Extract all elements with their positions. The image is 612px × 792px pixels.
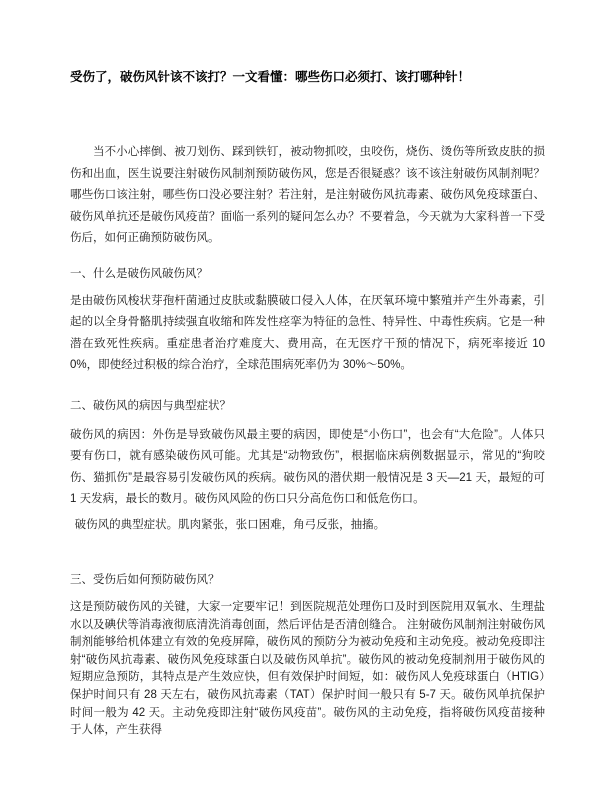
section-3-paragraph: 这是预防破伤风的关键，大家一定要牢记！到医院规范处理伤口及时到医院用双氧水、生理…	[70, 599, 545, 740]
section-2-paragraph-symptoms: 破伤风的典型症状。肌肉紧张，张口困难，角弓反张，抽搐。	[70, 515, 545, 537]
document-page: 受伤了，破伤风针该不该打？一文看懂：哪些伤口必须打、该打哪种针！ 当不小心摔倒、…	[0, 0, 612, 792]
section-2-heading: 二、破伤风的病因与典型症状？	[70, 396, 545, 418]
article-title: 受伤了，破伤风针该不该打？一文看懂：哪些伤口必须打、该打哪种针！	[70, 70, 545, 85]
section-3-heading: 三、受伤后如何预防破伤风？	[70, 570, 545, 592]
intro-paragraph: 当不小心摔倒、被刀划伤、踩到铁钉，被动物抓咬，虫咬伤，烧伤、烫伤等所致皮肤的损伤…	[70, 142, 545, 250]
section-1-paragraph: 是由破伤风梭状芽孢杆菌通过皮肤或黏膜破口侵入人体，在厌氧环境中繁殖并产生外毒素，…	[70, 291, 545, 377]
section-1-heading: 一、什么是破伤风破伤风？	[70, 264, 545, 286]
section-2-paragraph-causes: 破伤风的病因：外伤是导致破伤风最主要的病因，即使是“小伤口”，也会有“大危险”。…	[70, 425, 545, 511]
